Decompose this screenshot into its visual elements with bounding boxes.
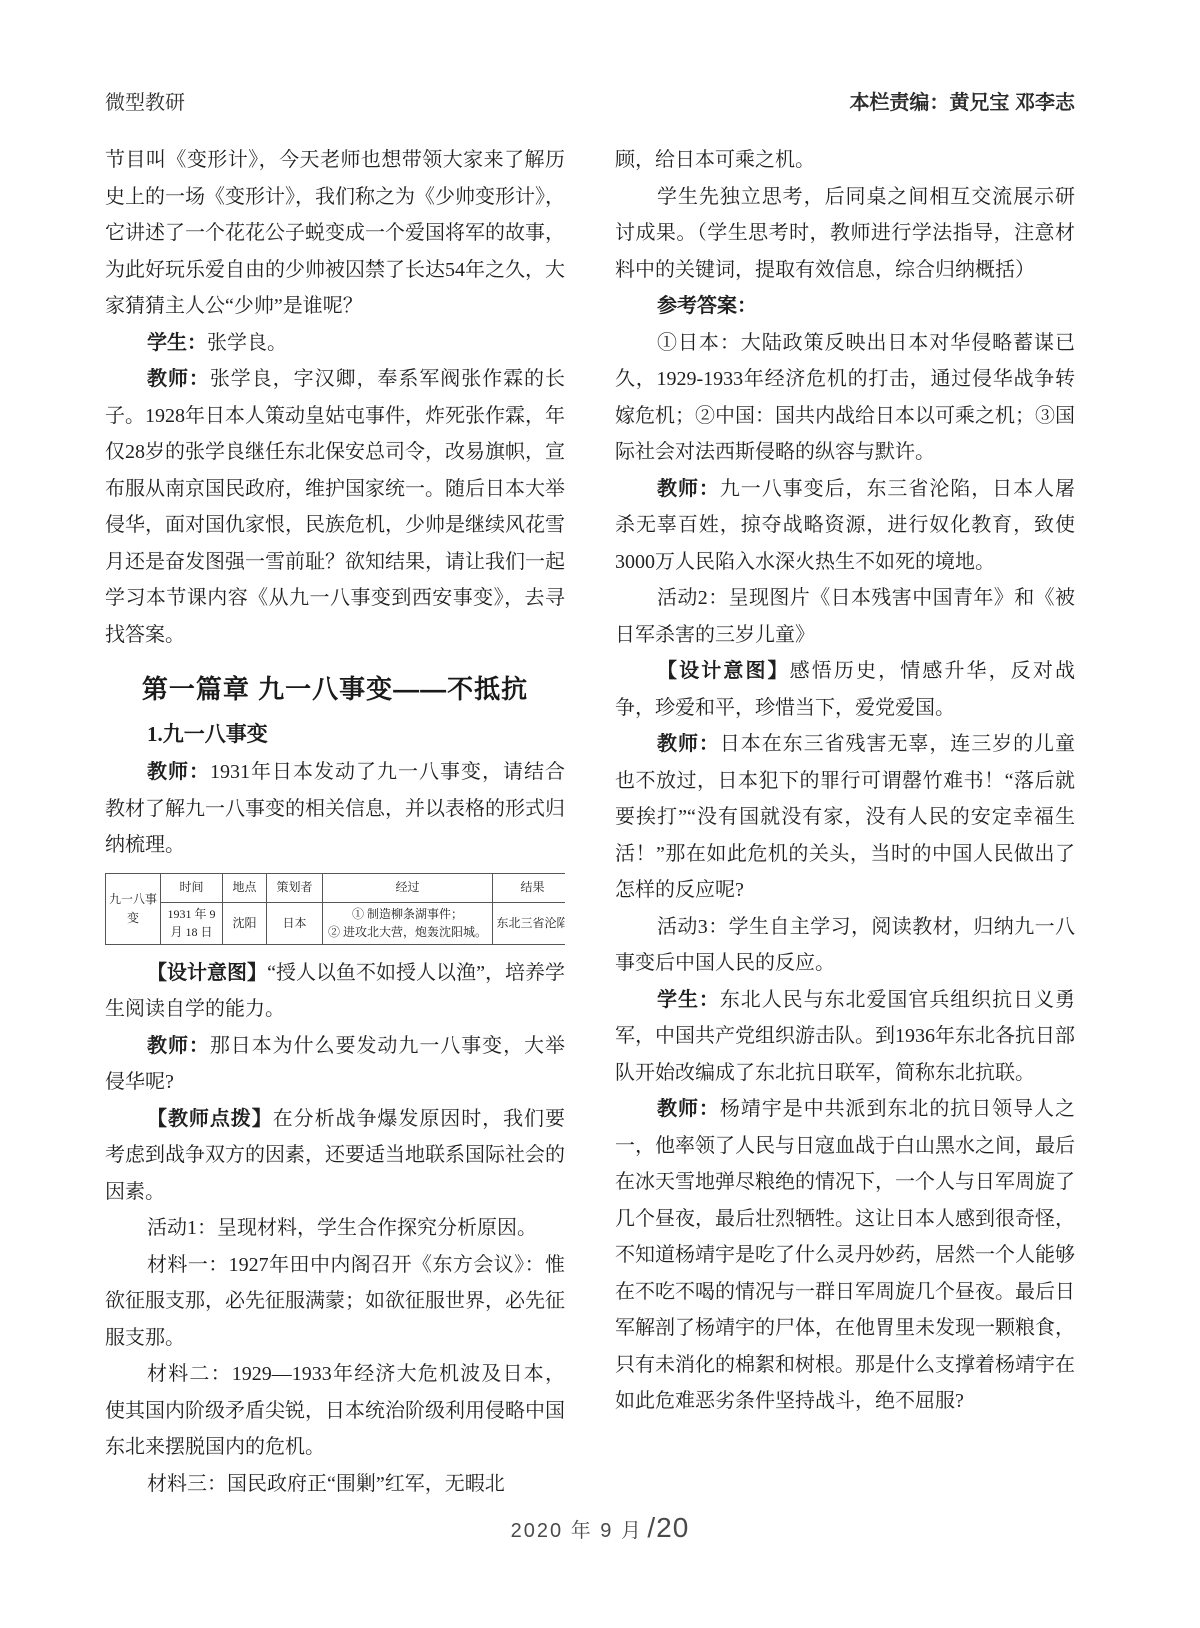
note-label: 【设计意图】: [657, 660, 790, 682]
speaker-label: 教师：: [657, 733, 720, 755]
design-intent-note: 【设计意图】“授人以鱼不如授人以渔”，培养学生阅读自学的能力。: [105, 955, 565, 1028]
continuation-paragraph: 顾，给日本可乘之机。: [615, 142, 1075, 179]
journal-page: 微型教研 本栏责编：黄兄宝 邓李志 节目叫《变形计》，今天老师也想带领大家来了解…: [0, 0, 1200, 1628]
paragraph-text: 张学良。: [207, 332, 287, 354]
instruction-paragraph: 学生先独立思考，后同桌之间相互交流展示研讨成果。（学生思考时，教师进行学法指导，…: [615, 179, 1075, 289]
material-item: 材料三：国民政府正“围剿”红军，无暇北: [105, 1466, 565, 1503]
paragraph-text: 材料二：1929—1933年经济大危机波及日本，使其国内阶级矛盾尖锐，日本统治阶…: [105, 1363, 565, 1458]
paragraph-text: 学生先独立思考，后同桌之间相互交流展示研讨成果。（学生思考时，教师进行学法指导，…: [615, 186, 1075, 281]
continuation-paragraph: 节目叫《变形计》，今天老师也想带领大家来了解历史上的一场《变形计》，我们称之为《…: [105, 142, 565, 325]
col-header-process: 经过: [323, 873, 493, 902]
col-header-place: 地点: [223, 873, 267, 902]
col-header-planner: 策划者: [267, 873, 323, 902]
design-intent-note: 【设计意图】感悟历史，情感升华，反对战争，珍爱和平，珍惜当下，爱党爱国。: [615, 653, 1075, 726]
student-dialogue: 学生：东北人民与东北爱国官兵组织抗日义勇军，中国共产党组织游击队。到1936年东…: [615, 982, 1075, 1092]
col-header-result: 结果: [493, 873, 566, 902]
publication-date: 2020 年 9 月: [511, 1520, 643, 1542]
paragraph-text: 杨靖宇是中共派到东北的抗日领导人之一，他率领了人民与日寇血战于白山黑水之间，最后…: [615, 1098, 1075, 1412]
reference-answer-label: 参考答案：: [615, 288, 1075, 325]
student-dialogue: 学生：张学良。: [105, 325, 565, 362]
activity-item: 活动1：呈现材料，学生合作探究分析原因。: [105, 1210, 565, 1247]
planner-cell: 日本: [267, 902, 323, 944]
section-label: 微型教研: [105, 86, 185, 115]
teacher-dialogue: 教师：1931年日本发动了九一八事变，请结合教材了解九一八事变的相关信息，并以表…: [105, 754, 565, 864]
result-cell: 东北三省沦陷: [493, 902, 566, 944]
page-header: 微型教研 本栏责编：黄兄宝 邓李志: [105, 86, 1075, 115]
left-column: 节目叫《变形计》，今天老师也想带领大家来了解历史上的一场《变形计》，我们称之为《…: [105, 142, 565, 1514]
speaker-label: 教师：: [147, 368, 210, 390]
right-column: 顾，给日本可乘之机。 学生先独立思考，后同桌之间相互交流展示研讨成果。（学生思考…: [615, 142, 1075, 1514]
place-cell: 沈阳: [223, 902, 267, 944]
table-header-row: 九一八事变 时间 地点 策划者 经过 结果: [106, 873, 566, 902]
note-label: 【设计意图】: [147, 962, 267, 984]
paragraph-text: 活动2：呈现图片《日本残害中国青年》和《被日军杀害的三岁儿童》: [615, 587, 1075, 646]
two-column-body: 节目叫《变形计》，今天老师也想带领大家来了解历史上的一场《变形计》，我们称之为《…: [105, 142, 1075, 1514]
process-cell: ① 制造柳条湖事件； ② 进攻北大营，炮轰沈阳城。: [323, 902, 493, 944]
reference-answer-body: ①日本：大陆政策反映出日本对华侵略蓄谋已久，1929-1933年经济危机的打击，…: [615, 325, 1075, 471]
teacher-dialogue: 教师：日本在东三省残害无辜，连三岁的儿童也不放过，日本犯下的罪行可谓罄竹难书！“…: [615, 726, 1075, 909]
activity-item: 活动3：学生自主学习，阅读教材，归纳九一八事变后中国人民的反应。: [615, 909, 1075, 982]
time-cell: 1931 年 9 月 18 日: [161, 902, 223, 944]
note-label: 【教师点拨】: [147, 1108, 273, 1130]
paragraph-text: ①日本：大陆政策反映出日本对华侵略蓄谋已久，1929-1933年经济危机的打击，…: [615, 332, 1075, 464]
note-label: 参考答案：: [657, 295, 757, 317]
speaker-label: 教师：: [657, 478, 720, 500]
activity-item: 活动2：呈现图片《日本残害中国青年》和《被日军杀害的三岁儿童》: [615, 580, 1075, 653]
chapter-heading: 第一篇章 九一八事变——不抵抗: [105, 669, 565, 706]
paragraph-text: 顾，给日本可乘之机。: [615, 149, 815, 171]
col-header-time: 时间: [161, 873, 223, 902]
material-item: 材料二：1929—1933年经济大危机波及日本，使其国内阶级矛盾尖锐，日本统治阶…: [105, 1356, 565, 1466]
teacher-dialogue: 教师：张学良，字汉卿，奉系军阀张作霖的长子。1928年日本人策动皇姑屯事件，炸死…: [105, 361, 565, 653]
process-line: ② 进攻北大营，炮轰沈阳城。: [326, 923, 489, 942]
speaker-label: 学生：: [657, 989, 720, 1011]
paragraph-text: 张学良，字汉卿，奉系军阀张作霖的长子。1928年日本人策动皇姑屯事件，炸死张作霖…: [105, 368, 565, 646]
speaker-label: 学生：: [147, 332, 207, 354]
table-data-row: 1931 年 9 月 18 日 沈阳 日本 ① 制造柳条湖事件； ② 进攻北大营…: [106, 902, 566, 944]
page-footer: 2020 年 9 月 /20: [0, 1512, 1200, 1544]
paragraph-text: 节目叫《变形计》，今天老师也想带领大家来了解历史上的一场《变形计》，我们称之为《…: [105, 149, 565, 317]
incident-table: 九一八事变 时间 地点 策划者 经过 结果 1931 年 9 月 18 日 沈阳…: [105, 873, 565, 945]
teacher-dialogue: 教师：杨靖宇是中共派到东北的抗日领导人之一，他率领了人民与日寇血战于白山黑水之间…: [615, 1091, 1075, 1420]
material-item: 材料一：1927年田中内阁召开《东方会议》：惟欲征服支那，必先征服满蒙；如欲征服…: [105, 1247, 565, 1357]
speaker-label: 教师：: [147, 761, 210, 783]
teacher-dialogue: 教师：九一八事变后，东三省沦陷，日本人屠杀无辜百姓，掠夺战略资源，进行奴化教育，…: [615, 471, 1075, 581]
section-subheading: 1.九一八事变: [105, 718, 565, 748]
editors-label: 本栏责编：黄兄宝 邓李志: [849, 86, 1075, 115]
event-label-cell: 九一八事变: [106, 873, 161, 944]
speaker-label: 教师：: [147, 1035, 210, 1057]
paragraph-text: 活动1：呈现材料，学生合作探究分析原因。: [147, 1217, 537, 1239]
process-line: ① 制造柳条湖事件；: [326, 905, 489, 924]
teacher-tip-note: 【教师点拨】在分析战争爆发原因时，我们要考虑到战争双方的因素，还要适当地联系国际…: [105, 1101, 565, 1211]
paragraph-text: 活动3：学生自主学习，阅读教材，归纳九一八事变后中国人民的反应。: [615, 916, 1075, 975]
page-number: /20: [647, 1512, 689, 1543]
paragraph-text: 日本在东三省残害无辜，连三岁的儿童也不放过，日本犯下的罪行可谓罄竹难书！“落后就…: [615, 733, 1075, 901]
paragraph-text: 材料三：国民政府正“围剿”红军，无暇北: [147, 1473, 505, 1495]
paragraph-text: 材料一：1927年田中内阁召开《东方会议》：惟欲征服支那，必先征服满蒙；如欲征服…: [105, 1254, 565, 1349]
teacher-dialogue: 教师：那日本为什么要发动九一八事变，大举侵华呢?: [105, 1028, 565, 1101]
speaker-label: 教师：: [657, 1098, 720, 1120]
